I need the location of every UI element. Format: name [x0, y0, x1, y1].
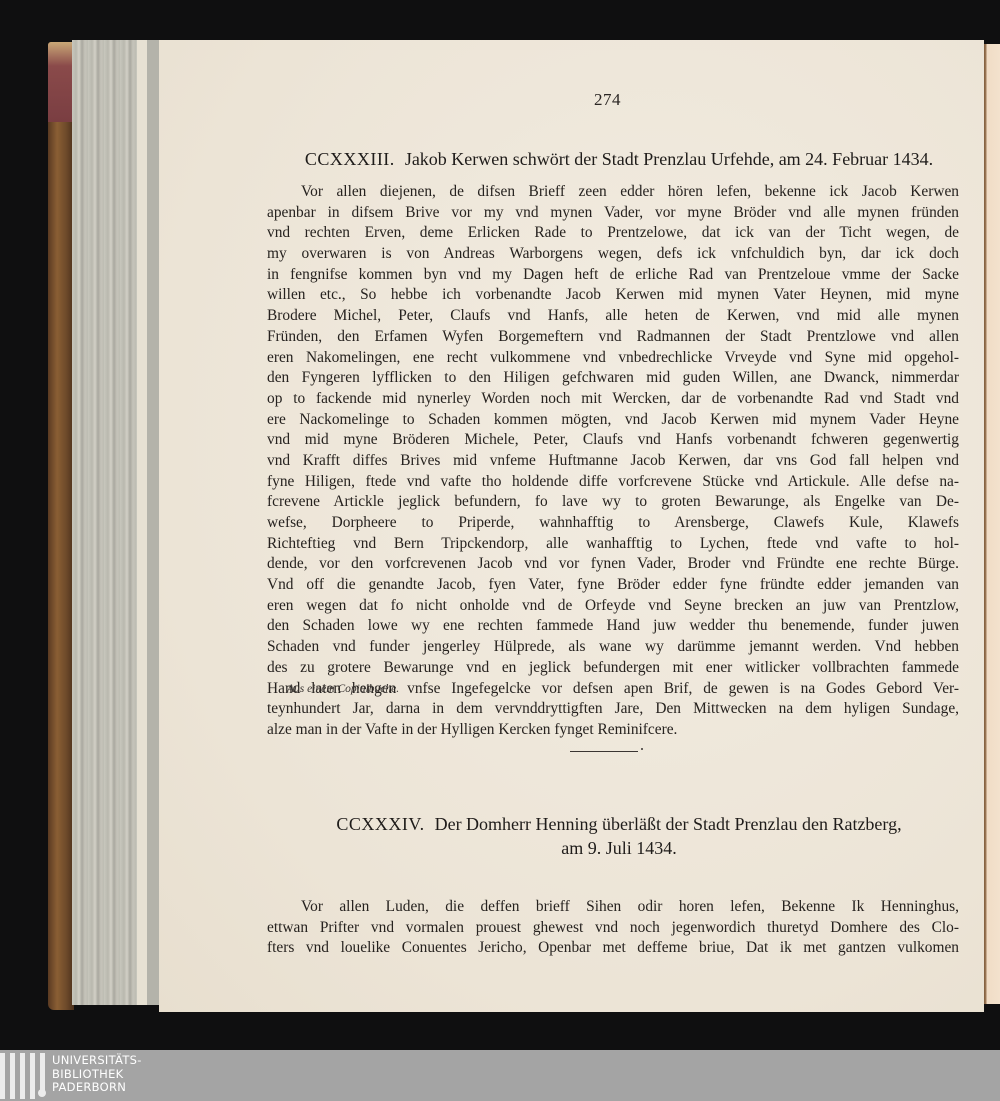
section-divider [570, 751, 638, 752]
text-line: Brodere Michel, Peter, Claufs vnd Hanfs,… [267, 306, 959, 327]
page-edge-dark [147, 40, 159, 1005]
document-body-ccxxxiv: Vor allen Luden, die deffen brieff Sihen… [267, 897, 959, 959]
source-note: Aus einem Copialbuche. [287, 683, 399, 695]
document-body-ccxxxiii: Vor allen diejenen, de difsen Brieff zee… [267, 182, 959, 741]
book-cover [48, 42, 74, 1010]
text-line: fters vnd louelike Conuentes Jericho, Op… [267, 938, 959, 959]
logo-line-2: BIBLIOTHEK [52, 1068, 142, 1082]
text-line: eren Nakomelingen, ene recht vulkommene … [267, 348, 959, 369]
text-line: ere Nackomelinge to Schaden kommen mögte… [267, 410, 959, 431]
text-line: eren wegen dat fo nicht onholde vnd de O… [267, 596, 959, 617]
scan-background: 274 CCXXXIII.Jakob Kerwen schwört der St… [0, 0, 1000, 1050]
text-line: Schaden vnd funder jengerley Hülprede, a… [267, 637, 959, 658]
document-heading-ccxxxiv: CCXXXIV.Der Domherr Henning überläßt der… [269, 812, 969, 860]
page-edge-light [137, 40, 147, 1005]
text-line: op to fackende mid nynerley Worden noch … [267, 389, 959, 410]
text-line: dende, vor den vorfcrevenen Jacob vnd vo… [267, 554, 959, 575]
book-cover-top [48, 42, 74, 122]
text-line: Vnd off die genandte Jacob, fyen Vater, … [267, 575, 959, 596]
text-line: in fengnifse kommen byn vnd my Dagen hef… [267, 265, 959, 286]
text-line: des zu grotere Bewarunge vnd en jeglick … [267, 658, 959, 679]
text-line: Vor allen Luden, die deffen brieff Sihen… [267, 897, 959, 918]
text-line: fyne Hiligen, ftede vnd vafte tho holden… [267, 472, 959, 493]
text-line: den Schaden lowe wy ene rechten fammede … [267, 616, 959, 637]
document-numeral: CCXXXIII. [305, 149, 395, 169]
text-line: vnd rechten Erven, deme Erlicken Rade to… [267, 223, 959, 244]
document-numeral: CCXXXIV. [336, 814, 424, 834]
text-line: willen etc., So hebbe ich vorbenandte Ja… [267, 285, 959, 306]
logo-line-1: UNIVERSITÄTS- [52, 1054, 142, 1068]
text-line: teynhundert Jar, darna in dem vervnddryt… [267, 699, 959, 720]
document-title-date: am 9. Juli 1434. [269, 836, 969, 860]
logo-line-3: PADERBORN [52, 1081, 142, 1095]
text-line: wefse, Dorpheere to Priperde, wahnhaffti… [267, 513, 959, 534]
text-line: Fründen, den Erfamen Wyfen Borgemeftern … [267, 327, 959, 348]
text-line: apenbar in difsem Brive vor my vnd mynen… [267, 203, 959, 224]
text-line: fcrevene Artickle jeglick befundern, fo … [267, 492, 959, 513]
library-logo-text: UNIVERSITÄTS- BIBLIOTHEK PADERBORN [52, 1054, 142, 1095]
document-title: Jakob Kerwen schwört der Stadt Prenzlau … [405, 149, 933, 169]
text-line: ettwan Prifter vnd vormalen prouest ghew… [267, 918, 959, 939]
book-page: 274 CCXXXIII.Jakob Kerwen schwört der St… [159, 40, 984, 1012]
text-line: alze man in der Vafte in der Hylligen Ke… [267, 720, 959, 741]
footer-bar: UNIVERSITÄTS- BIBLIOTHEK PADERBORN [0, 1050, 1000, 1101]
section-divider-dot [641, 748, 643, 750]
text-line: vnd mid myne Bröderen Michele, Peter, Cl… [267, 430, 959, 451]
document-heading-ccxxxiii: CCXXXIII.Jakob Kerwen schwört der Stadt … [269, 147, 969, 171]
facing-page-edge [984, 44, 1000, 1004]
text-line: den Fyngeren lyfflicken to den Hiligen g… [267, 368, 959, 389]
text-line: Vor allen diejenen, de difsen Brieff zee… [267, 182, 959, 203]
text-line: Richteftieg vnd Bern Tripckendorp, alle … [267, 534, 959, 555]
text-line: my overwaren is von Andreas Warborgens w… [267, 244, 959, 265]
text-line: vnd Krafft diffes Brives mid vnfeme Huft… [267, 451, 959, 472]
library-logo-dot-icon [38, 1089, 46, 1097]
document-title: Der Domherr Henning überläßt der Stadt P… [435, 814, 902, 834]
page-number: 274 [159, 90, 984, 110]
